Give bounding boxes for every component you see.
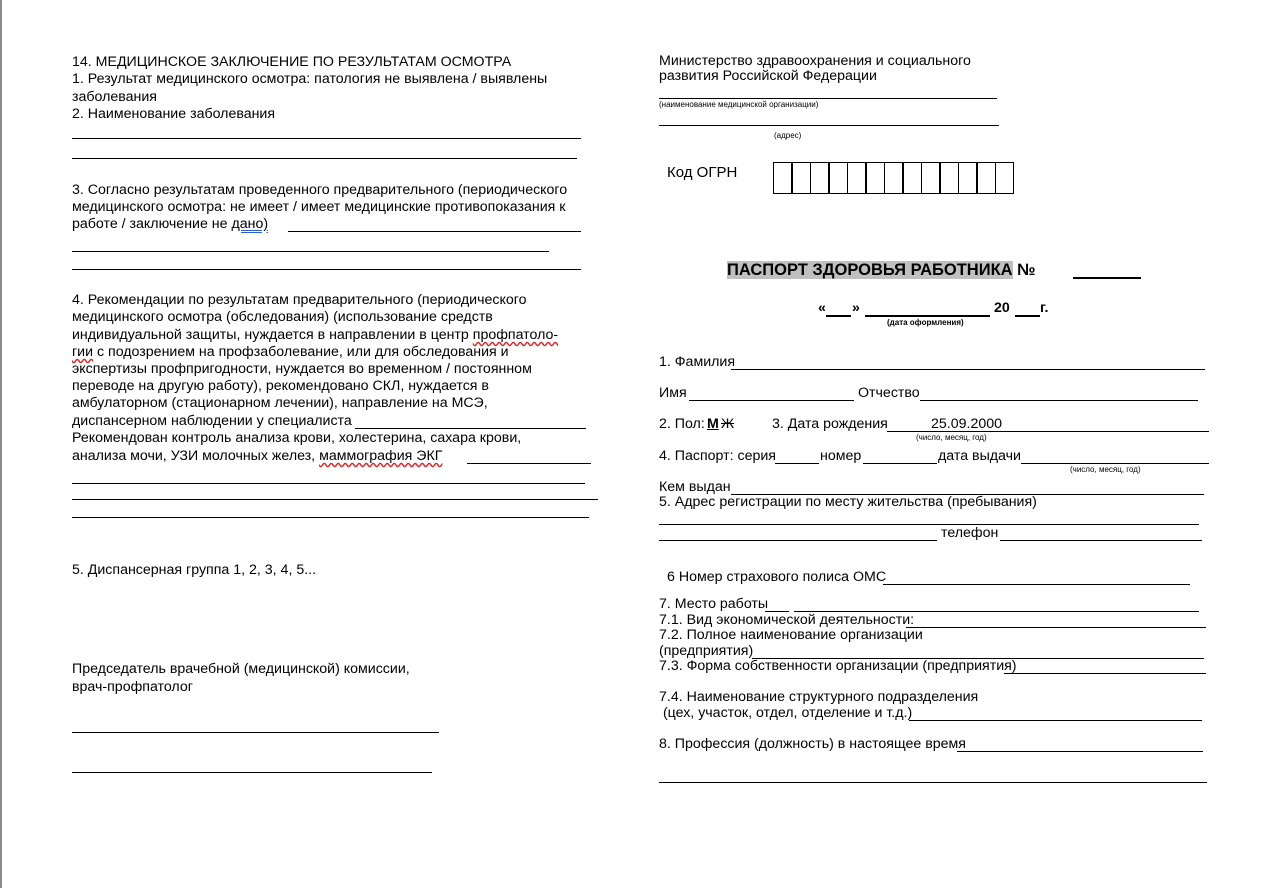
item4-text-line8: диспансерном наблюдении у специалиста: [72, 413, 352, 430]
item3-conclusion-field-3[interactable]: [72, 269, 581, 270]
ogrn-digit-box[interactable]: [791, 162, 811, 194]
subdivision-field[interactable]: [909, 720, 1202, 721]
page-edge: [0, 0, 2, 888]
passport-number-input[interactable]: [863, 463, 937, 464]
ogrn-digit-box[interactable]: [902, 162, 922, 194]
item3-text-line2: медицинского осмотра: не имеет / имеет м…: [72, 199, 566, 216]
birthdate-label: 3. Дата рождения: [772, 416, 888, 433]
date-year-prefix: 20: [994, 300, 1010, 317]
phone-label: телефон: [941, 525, 998, 542]
item5-dispensary-group: 5. Диспансерная группа 1, 2, 3, 4, 5...: [72, 562, 316, 579]
item2-label: 2. Наименование заболевания: [72, 106, 275, 123]
ogrn-digit-box[interactable]: [884, 162, 904, 194]
birthdate-caption: (число, месяц, год): [916, 433, 987, 443]
item4-text-line7: амбулаторном (стационарном лечении), нап…: [72, 395, 488, 412]
item4-text-line4: гии с подозрением на профзаболевание, ил…: [72, 344, 509, 361]
recommendation-field-4[interactable]: [72, 517, 589, 518]
spellcheck-marked-text: профпатоло-: [473, 327, 558, 343]
disease-name-field-1[interactable]: [72, 138, 581, 139]
date-caption: (дата оформления): [887, 318, 964, 328]
oms-label: 6 Номер страхового полиса ОМС: [667, 569, 886, 586]
specialist-field[interactable]: [355, 428, 586, 429]
disease-name-field-2[interactable]: [72, 158, 577, 159]
date-open-quote: «: [818, 300, 826, 317]
ogrn-label: Код ОГРН: [667, 164, 737, 181]
ogrn-digit-box[interactable]: [939, 162, 959, 194]
workplace-label: 7. Место работы: [659, 596, 768, 613]
org-name-field[interactable]: [659, 98, 997, 99]
item3-conclusion-field-2[interactable]: [72, 251, 549, 252]
gender-option-male[interactable]: М: [707, 416, 719, 433]
profession-label: 8. Профессия (должность) в настоящее вре…: [659, 736, 966, 753]
spellcheck-marked-text: гии: [72, 344, 93, 360]
phone-field[interactable]: [1000, 540, 1202, 541]
profession-field[interactable]: [957, 751, 1203, 752]
passport-issue-date-field[interactable]: [1021, 463, 1209, 464]
org-name-caption: (наименование медицинской организации): [659, 100, 818, 110]
ogrn-digit-box[interactable]: [847, 162, 867, 194]
item4-text-line9: Рекомендован контроль анализа крови, хол…: [72, 430, 521, 447]
date-year-field[interactable]: [1015, 315, 1040, 317]
signature-field-1[interactable]: [72, 732, 439, 733]
profession-field-2[interactable]: [659, 782, 1207, 783]
passport-series-label: 4. Паспорт: серия: [659, 448, 776, 465]
ogrn-digit-box[interactable]: [810, 162, 830, 194]
signature-title-line2: врач-профпатолог: [72, 679, 193, 696]
signature-title-line1: Председатель врачебной (медицинской) ком…: [72, 661, 410, 678]
item1-text-line2: заболевания: [72, 89, 157, 106]
item4-text-line10: анализа мочи, УЗИ молочных желез, маммог…: [72, 448, 442, 465]
gender-option-female[interactable]: Ж: [721, 416, 734, 433]
patronymic-label: Отчество: [858, 385, 920, 402]
recommendation-field-3[interactable]: [72, 499, 598, 500]
ogrn-digit-box[interactable]: [976, 162, 996, 194]
date-close-quote: »: [852, 300, 860, 317]
date-year-suffix: г.: [1040, 300, 1048, 317]
item4-text-line5: экспертизы профпригодности, нуждается во…: [72, 361, 532, 378]
passport-number-label: номер: [820, 448, 861, 465]
birthdate-value: 25.09.2000: [931, 416, 1002, 433]
passport-series-field[interactable]: [775, 463, 819, 464]
surname-field[interactable]: [731, 369, 1205, 370]
address-field[interactable]: [659, 125, 999, 126]
address-input-1[interactable]: [659, 524, 1199, 525]
item4-text-line2: медицинского осмотра (обследования) (исп…: [72, 309, 493, 326]
date-day-field[interactable]: [826, 315, 851, 317]
title-highlight: ПАСПОРТ ЗДОРОВЬЯ РАБОТНИКА: [727, 261, 1013, 279]
item4-line4-text: с подозрением на профзаболевание, или дл…: [93, 344, 509, 360]
subdivision-label-line1: 7.4. Наименование структурного подраздел…: [659, 689, 978, 706]
address-label: 5. Адрес регистрации по месту жительства…: [659, 494, 1037, 511]
oms-field[interactable]: [883, 584, 1190, 585]
patronymic-field[interactable]: [920, 400, 1198, 401]
ogrn-digit-box[interactable]: [921, 162, 941, 194]
passport-issue-date-label: дата выдачи: [938, 448, 1021, 465]
section-title: 14. МЕДИЦИНСКОЕ ЗАКЛЮЧЕНИЕ ПО РЕЗУЛЬТАТА…: [72, 54, 511, 71]
gender-label: 2. Пол:: [659, 416, 705, 433]
ownership-label: 7.3. Форма собственности организации (пр…: [659, 658, 1017, 675]
passport-number-field[interactable]: [1073, 277, 1141, 279]
item4-text-line3: индивидуальной защиты, нуждается в напра…: [72, 327, 558, 344]
name-label: Имя: [659, 385, 687, 402]
passport-issue-date-caption: (число, месяц, год): [1070, 465, 1141, 475]
grammar-marked-text: дано): [231, 216, 268, 232]
item1-text-line1: 1. Результат медицинского осмотра: патол…: [72, 71, 547, 88]
ogrn-digit-box[interactable]: [958, 162, 978, 194]
date-month-field[interactable]: [865, 315, 990, 317]
ogrn-digit-box[interactable]: [828, 162, 848, 194]
item4-line3-text: индивидуальной защиты, нуждается в напра…: [72, 327, 473, 343]
item4-text-line1: 4. Рекомендации по результатам предварит…: [72, 292, 526, 309]
document-title: ПАСПОРТ ЗДОРОВЬЯ РАБОТНИКА №: [727, 260, 1036, 280]
ogrn-digit-box[interactable]: [995, 162, 1015, 194]
item4-text-line6: переводе на другую работу), рекомендован…: [72, 378, 489, 395]
ogrn-digit-box[interactable]: [773, 162, 793, 194]
name-field[interactable]: [689, 400, 854, 401]
ownership-field[interactable]: [1004, 673, 1206, 674]
ministry-line2: развития Российской Федерации: [659, 68, 877, 85]
title-number-sign: №: [1017, 261, 1035, 279]
item3-text-line1: 3. Согласно результатам проведенного пре…: [72, 182, 567, 199]
subdivision-label-line2: (цех, участок, отдел, отделение и т.д.): [659, 705, 912, 722]
recommendation-field-2[interactable]: [72, 483, 585, 484]
ogrn-digit-box[interactable]: [865, 162, 885, 194]
signature-field-2[interactable]: [72, 772, 432, 773]
address-caption: (адрес): [774, 131, 801, 141]
item3-text-line3: работе / заключение не дано): [72, 216, 268, 233]
item3-text-prefix: работе / заключение не: [72, 216, 231, 232]
item3-conclusion-field-1[interactable]: [288, 231, 581, 232]
recommendation-field-1[interactable]: [467, 463, 591, 464]
item4-line10-text: анализа мочи, УЗИ молочных желез,: [72, 448, 319, 464]
spellcheck-marked-text: маммография ЭКГ: [319, 448, 442, 464]
economic-activity-field[interactable]: [906, 627, 1206, 628]
address-input-2[interactable]: [659, 540, 937, 541]
surname-label: 1. Фамилия: [659, 354, 735, 371]
org-full-name-label-line1: 7.2. Полное наименование организации: [659, 627, 923, 644]
